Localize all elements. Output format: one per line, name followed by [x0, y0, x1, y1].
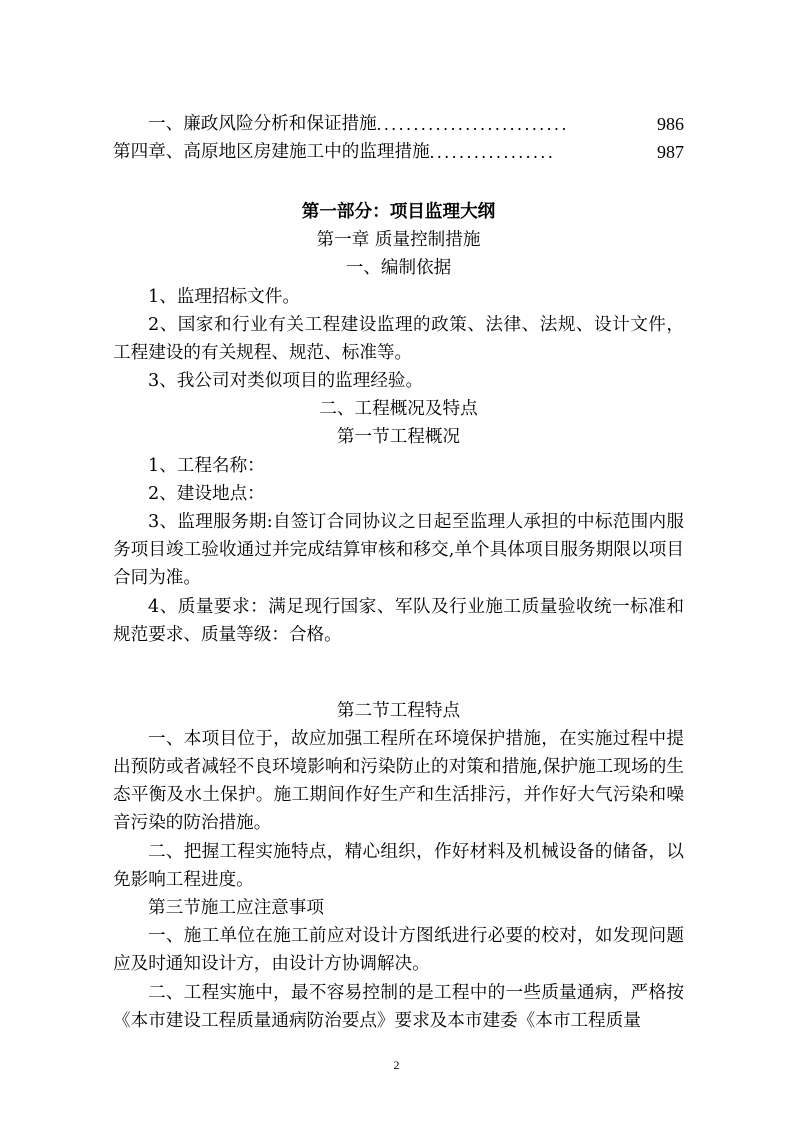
paragraph: 二、工程实施中，最不容易控制的是工程中的一些质量通病，严格按《本市建设工程质量通…: [113, 979, 684, 1035]
subsection-heading: 第一节工程概况: [113, 423, 684, 451]
subsection-heading: 第二节工程特点: [113, 697, 684, 725]
toc-entry-label: 第四章、高原地区房建施工中的监理措施: [113, 138, 430, 166]
list-item: 4、质量要求：满足现行国家、军队及行业施工质量验收统一标准和规范要求、质量等级：…: [113, 593, 684, 649]
toc-leader-dots: ..........................: [377, 110, 657, 138]
toc-entry[interactable]: 一、廉政风险分析和保证措施 ..........................…: [113, 110, 684, 138]
toc-entry[interactable]: 第四章、高原地区房建施工中的监理措施 ................. 987: [113, 138, 684, 166]
section-heading: 二、工程概况及特点: [113, 395, 684, 423]
toc-page-number: 987: [657, 138, 684, 166]
part-title: 第一部分：项目监理大纲: [113, 198, 684, 226]
toc-entry-label: 一、廉政风险分析和保证措施: [148, 110, 377, 138]
subsection-heading: 第三节施工应注意事项: [113, 894, 684, 922]
chapter-title: 第一章 质量控制措施: [113, 226, 684, 254]
paragraph: 二、把握工程实施特点，精心组织，作好材料及机械设备的储备，以免影响工程进度。: [113, 838, 684, 894]
list-item: 3、我公司对类似项目的监理经验。: [113, 367, 684, 395]
list-item: 3、监理服务期:自签订合同协议之日起至监理人承担的中标范围内服务项目竣工验收通过…: [113, 508, 684, 592]
toc-page-number: 986: [657, 110, 684, 138]
page-number: 2: [0, 1058, 793, 1073]
paragraph: 一、施工单位在施工前应对设计方图纸进行必要的校对，如发现问题应及时通知设计方，由…: [113, 922, 684, 978]
list-item: 2、国家和行业有关工程建设监理的政策、法律、法规、设计文件，工程建设的有关规程、…: [113, 311, 684, 367]
section-heading: 一、编制依据: [113, 254, 684, 282]
list-item: 1、监理招标文件。: [113, 283, 684, 311]
paragraph: 一、本项目位于，故应加强工程所在环境保护措施，在实施过程中提出预防或者减轻不良环…: [113, 725, 684, 837]
toc-leader-dots: .................: [430, 138, 657, 166]
list-item: 1、工程名称：: [113, 452, 684, 480]
list-item: 2、建设地点：: [113, 480, 684, 508]
